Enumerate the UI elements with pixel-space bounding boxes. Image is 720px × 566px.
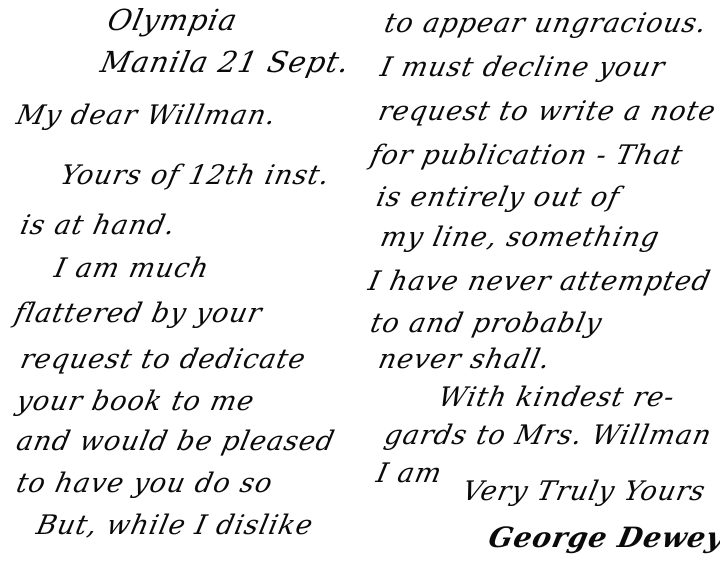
letter-salutation: My dear Willman. bbox=[14, 102, 279, 129]
letter-line: But, while I dislike bbox=[34, 512, 316, 539]
letter-line: request to write a note bbox=[376, 98, 718, 125]
letter-valediction: Very Truly Yours bbox=[460, 478, 708, 505]
letter-line: to and probably bbox=[368, 310, 605, 337]
letter-line: I must decline your bbox=[378, 54, 668, 81]
letter-line: and would be pleased bbox=[14, 428, 337, 455]
letter-signature: George Dewey bbox=[486, 524, 720, 552]
letter-closing-line: I am bbox=[374, 460, 445, 487]
letter-line: my line, something bbox=[378, 224, 662, 251]
letter-line: Yours of 12th inst. bbox=[58, 162, 333, 189]
handwritten-letter: Olympia Manila 21 Sept. My dear Willman.… bbox=[0, 0, 720, 566]
letter-line: I am much bbox=[52, 255, 212, 282]
letter-closing-line: With kindest re- bbox=[436, 384, 677, 411]
letter-line: is entirely out of bbox=[374, 184, 622, 211]
letter-date: Manila 21 Sept. bbox=[98, 48, 352, 77]
letter-line: never shall. bbox=[376, 346, 553, 373]
letter-line: I have never attempted bbox=[366, 268, 713, 295]
letter-line: for publication - That bbox=[368, 142, 686, 169]
letter-line: to appear ungracious. bbox=[382, 10, 710, 37]
letter-line: to have you do so bbox=[14, 470, 275, 497]
letter-line: your book to me bbox=[14, 388, 257, 415]
letter-line: request to dedicate bbox=[18, 346, 308, 373]
letter-place: Olympia bbox=[105, 6, 240, 35]
letter-closing-line: gards to Mrs. Willman bbox=[382, 422, 714, 449]
letter-line: is at hand. bbox=[18, 212, 178, 239]
letter-line: flattered by your bbox=[12, 300, 265, 327]
